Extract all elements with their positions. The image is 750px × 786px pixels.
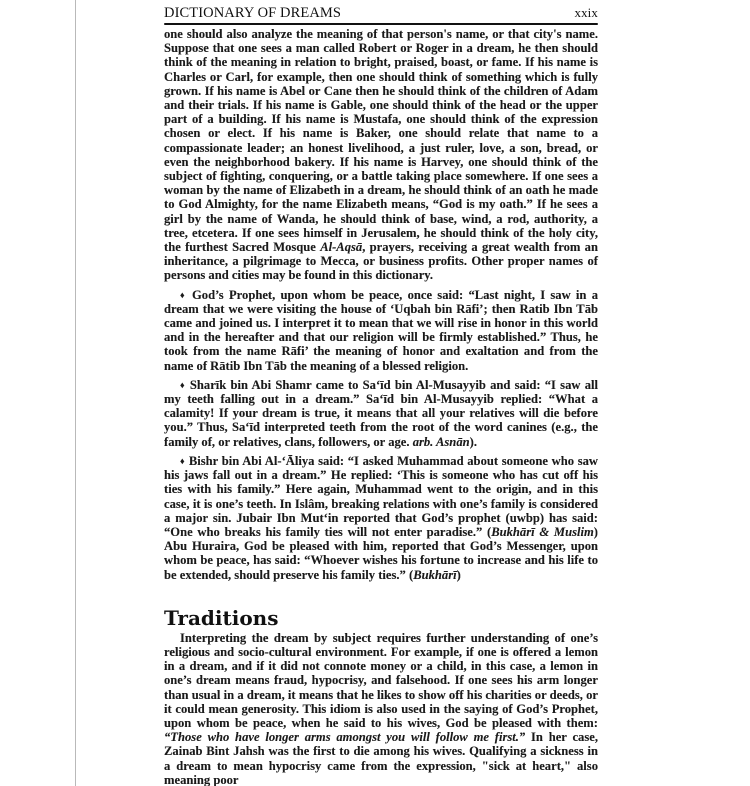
paragraph-text: God’s Prophet, upon whom be peace, once …	[164, 288, 598, 373]
header-rule	[164, 23, 598, 25]
text-column: DICTIONARY OF DREAMS xxix one should als…	[164, 4, 598, 786]
paragraph-text: Sharīk bin Abi Shamr came to Sa‘īd bin A…	[164, 378, 598, 449]
running-header: DICTIONARY OF DREAMS xxix	[164, 4, 598, 22]
citation: Bukhārī	[413, 568, 456, 582]
citation: Bukhārī & Muslim	[491, 525, 594, 539]
paragraph-prophet-dream: ♦ God’s Prophet, upon whom be peace, onc…	[164, 288, 598, 373]
paragraph-traditions: Interpreting the dream by subject requir…	[164, 631, 598, 786]
paragraph-names: one should also analyze the meaning of t…	[164, 27, 598, 283]
quotation: “Those who have longer arms amongst you …	[164, 730, 525, 744]
italic-term: Al-Aqsā	[320, 240, 362, 254]
paragraph-text: one should also analyze the meaning of t…	[164, 27, 598, 254]
paragraph-text: )	[457, 568, 461, 582]
diamond-bullet-icon: ♦	[180, 290, 187, 300]
paragraph-teeth-dream: ♦ Sharīk bin Abi Shamr came to Sa‘īd bin…	[164, 378, 598, 449]
paragraph-text: Interpreting the dream by subject requir…	[164, 631, 598, 730]
paragraph-jaws-dream: ♦ Bishr bin Abi Al-‘Āliya said: “I asked…	[164, 454, 598, 582]
italic-term: arb. Asnān	[413, 435, 470, 449]
page-number: xxix	[574, 4, 598, 22]
paragraph-text: ).	[470, 435, 477, 449]
page-edge-line	[75, 0, 76, 786]
section-heading: Traditions	[164, 606, 598, 630]
book-title: DICTIONARY OF DREAMS	[164, 4, 341, 22]
